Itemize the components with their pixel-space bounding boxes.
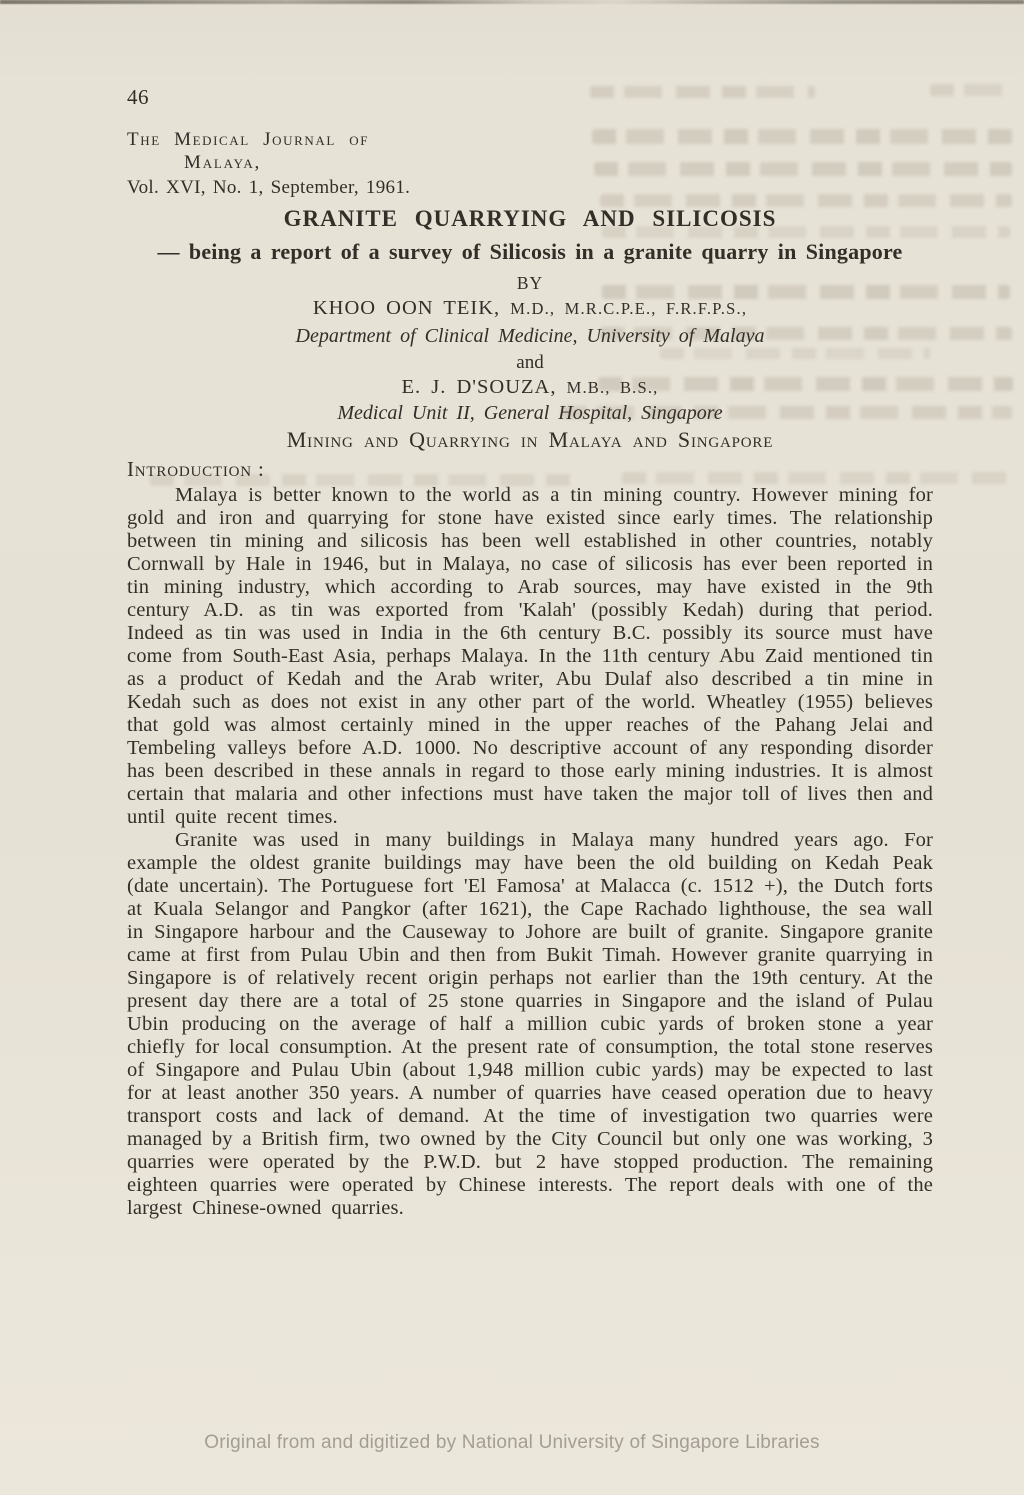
- author-1-affiliation: Department of Clinical Medicine, Univers…: [127, 325, 933, 348]
- journal-citation: The Medical Journal of Malaya, Vol. XVI,…: [127, 128, 410, 199]
- page-number: 46: [127, 85, 149, 110]
- bleedthrough-line: [590, 86, 815, 98]
- scanned-journal-page: 46 The Medical Journal of Malaya, Vol. X…: [0, 0, 1024, 1495]
- digitization-credit: Original from and digitized by National …: [0, 1432, 1024, 1454]
- bleedthrough-line: [594, 162, 1012, 176]
- author-2-degrees: M.B., B.S.,: [567, 378, 659, 397]
- article-body: Malaya is better known to the world as a…: [127, 484, 933, 1220]
- journal-name-line1: The Medical Journal of: [127, 128, 410, 151]
- author-1-degrees: M.D., M.R.C.P.E., F.R.F.P.S.,: [510, 299, 747, 318]
- author-2-name: E. J. D'SOUZA,: [401, 376, 556, 398]
- article-subtitle: — being a report of a survey of Silicosi…: [124, 239, 936, 265]
- section-heading: Mining and Quarrying in Malaya and Singa…: [127, 427, 933, 453]
- authors-connector: and: [127, 352, 933, 374]
- article-title: GRANITE QUARRYING AND SILICOSIS: [127, 206, 933, 232]
- paragraph-2: Granite was used in many buildings in Ma…: [127, 829, 933, 1220]
- intro-heading: Introduction :: [127, 457, 265, 482]
- paragraph-1: Malaya is better known to the world as a…: [127, 484, 933, 829]
- bleedthrough-line: [930, 84, 1015, 96]
- author-1-name: KHOO OON TEIK,: [313, 297, 500, 319]
- bleedthrough-line: [622, 472, 1012, 484]
- author-2-affiliation: Medical Unit II, General Hospital, Singa…: [127, 402, 933, 425]
- journal-name-line2: Malaya,: [127, 151, 410, 174]
- author-2: E. J. D'SOUZA, M.B., B.S.,: [127, 376, 933, 399]
- byline-label: BY: [127, 273, 933, 294]
- bleedthrough-line: [592, 129, 1012, 144]
- author-1: KHOO OON TEIK, M.D., M.R.C.P.E., F.R.F.P…: [127, 297, 933, 320]
- journal-issue-line: Vol. XVI, No. 1, September, 1961.: [127, 176, 410, 199]
- scan-edge-artifact: [0, 0, 1024, 4]
